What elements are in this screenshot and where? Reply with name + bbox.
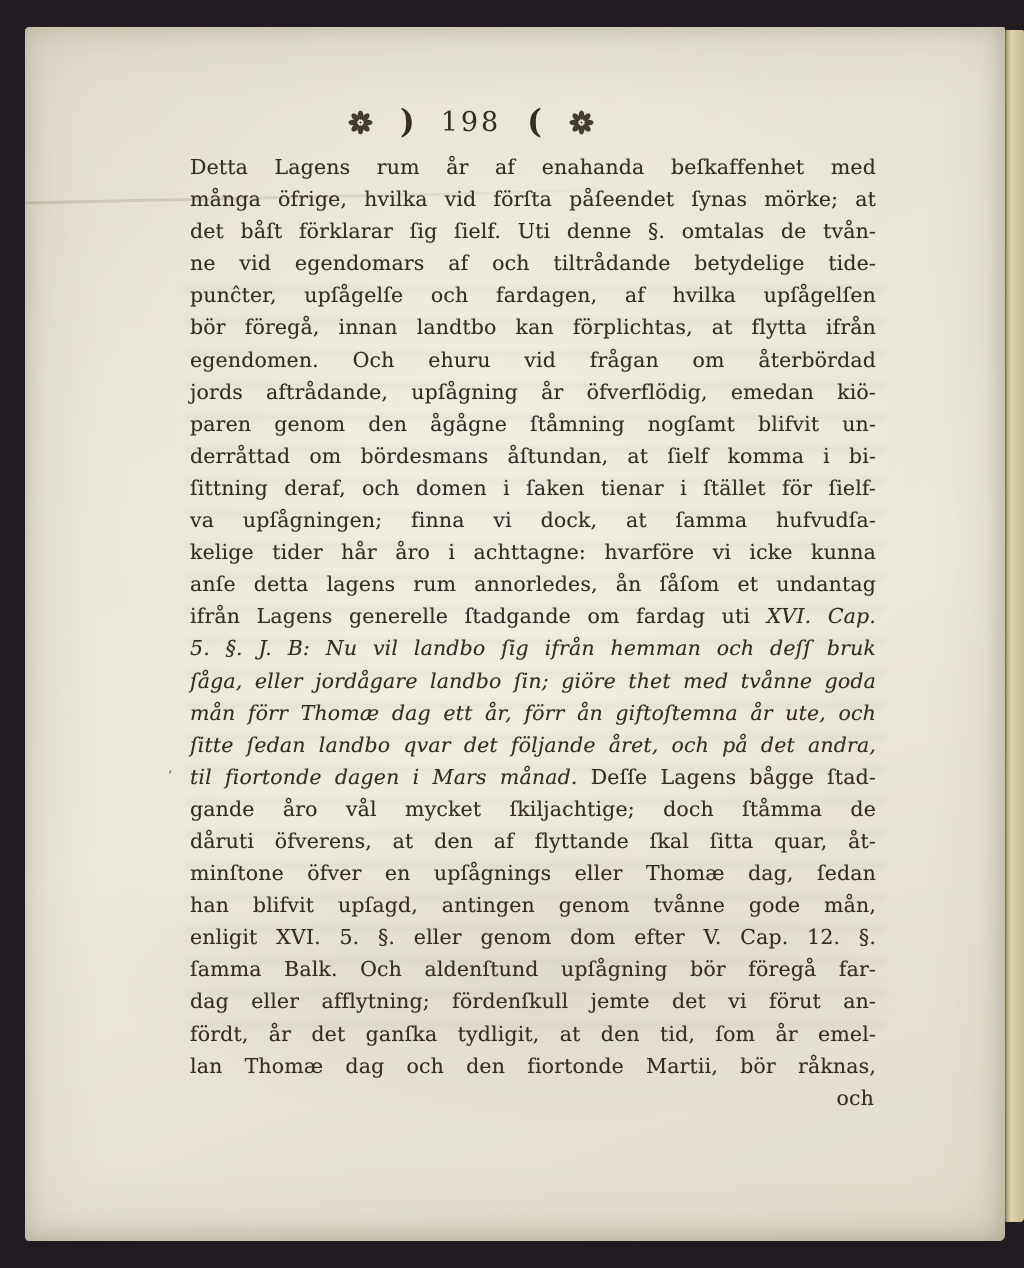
- text-line: han blifvit upſagd, antingen genom tvånn…: [190, 889, 876, 921]
- body-text: Detta Lagens rum år af enahanda beſkaffe…: [190, 151, 876, 1114]
- text-line: paren genom den ågågne ſtåmning nogſamt …: [190, 408, 876, 440]
- text-segment: jords aftrådande, upſågning år öfverflöd…: [190, 380, 876, 404]
- rosette-icon: [347, 109, 374, 136]
- text-segment: ifrån Lagens generelle ſtadgande om fard…: [190, 604, 767, 628]
- text-line: egendomen. Och ehuru vid frågan om återb…: [190, 344, 876, 376]
- text-segment: Deſſe Lagens bågge ſtad-: [591, 765, 876, 789]
- text-segment: gande åro vål mycket ſkiljachtige; doch …: [190, 797, 876, 821]
- text-line: ’til fiortonde dagen i Mars månad. Deſſe…: [190, 761, 876, 793]
- text-line: lan Thomæ dag och den fiortonde Martii, …: [190, 1050, 876, 1082]
- adjacent-page-edge: [1005, 30, 1024, 1222]
- catchword: och: [190, 1082, 876, 1114]
- text-line: dag eller afflytning; fördenſkull jemte …: [190, 985, 876, 1017]
- rosette-icon: [568, 109, 595, 136]
- book-page-paper: ) 198 (: [25, 27, 1005, 1241]
- text-segment: dag eller afflytning; fördenſkull jemte …: [190, 989, 876, 1013]
- margin-ink-mark: ’: [168, 761, 172, 793]
- text-line: derråttad om bördesmans åſtundan, at ſie…: [190, 440, 876, 472]
- text-segment: lan Thomæ dag och den fiortonde Martii, …: [190, 1054, 876, 1078]
- text-segment: minſtone öfver en upſågnings eller Thomæ…: [190, 861, 876, 885]
- text-line: enligit XVI. 5. §. eller genom dom efter…: [190, 921, 876, 953]
- text-line: ne vid egendomars af och tiltrådande bet…: [190, 247, 876, 279]
- text-line: gande åro vål mycket ſkiljachtige; doch …: [190, 793, 876, 825]
- text-segment: och: [837, 1086, 874, 1110]
- text-segment: bör föregå, innan landtbo kan förplichta…: [190, 315, 876, 339]
- text-segment: det båſt förklarar ſig ſielf. Uti denne …: [190, 219, 876, 243]
- left-parenthesis: ): [400, 106, 415, 139]
- right-parenthesis: (: [527, 106, 542, 139]
- scanned-book-page: ) 198 (: [0, 0, 1024, 1268]
- text-segment: fördt, år det ganſka tydligit, at den ti…: [190, 1022, 876, 1046]
- text-segment: ſitte ſedan landbo qvar det följande åre…: [190, 733, 876, 757]
- text-line: det båſt förklarar ſig ſielf. Uti denne …: [190, 215, 876, 247]
- text-line: dåruti öfverens, at den af flyttande ſka…: [190, 825, 876, 857]
- text-line: mån förr Thomæ dag ett år, förr ån gifto…: [190, 697, 876, 729]
- text-segment: enligit XVI. 5. §. eller genom dom efter…: [190, 925, 876, 949]
- text-segment: dåruti öfverens, at den af flyttande ſka…: [190, 829, 876, 853]
- text-segment: ſamma Balk. Och aldenſtund upſågning bör…: [190, 957, 876, 981]
- text-line: va upſågningen; finna vi dock, at ſamma …: [190, 504, 876, 536]
- text-line: minſtone öfver en upſågnings eller Thomæ…: [190, 857, 876, 889]
- text-segment: anſe detta lagens rum annorledes, ån ſåſ…: [190, 572, 876, 596]
- text-line: Detta Lagens rum år af enahanda beſkaffe…: [190, 151, 876, 183]
- text-line: ſitte ſedan landbo qvar det följande åre…: [190, 729, 876, 761]
- text-segment: mån förr Thomæ dag ett år, förr ån gifto…: [190, 701, 876, 725]
- text-segment: ne vid egendomars af och tiltrådande bet…: [190, 251, 876, 275]
- text-segment: 5. §. J. B: Nu vil landbo ſig ifrån hemm…: [190, 636, 876, 660]
- text-segment: Detta Lagens rum år af enahanda beſkaffe…: [190, 155, 876, 179]
- text-line: ſittning deraf, och domen i ſaken tienar…: [190, 472, 876, 504]
- text-segment: egendomen. Och ehuru vid frågan om återb…: [190, 348, 876, 372]
- text-line: ifrån Lagens generelle ſtadgande om fard…: [190, 600, 876, 632]
- page-header: ) 198 (: [347, 101, 595, 143]
- text-segment: til fiortonde dagen i Mars månad.: [190, 765, 591, 789]
- text-line: jords aftrådande, upſågning år öfverflöd…: [190, 376, 876, 408]
- text-line: ſåga, eller jordågare landbo ſin; giöre …: [190, 665, 876, 697]
- text-line: punĉter, upſågelſe och fardagen, af hvil…: [190, 279, 876, 311]
- text-line: ſamma Balk. Och aldenſtund upſågning bör…: [190, 953, 876, 985]
- text-segment: ſåga, eller jordågare landbo ſin; giöre …: [190, 669, 876, 693]
- page-number: 198: [441, 109, 502, 136]
- text-segment: punĉter, upſågelſe och fardagen, af hvil…: [190, 283, 876, 307]
- text-segment: derråttad om bördesmans åſtundan, at ſie…: [190, 444, 876, 468]
- text-segment: paren genom den ågågne ſtåmning nogſamt …: [190, 412, 876, 436]
- text-line: bör föregå, innan landtbo kan förplichta…: [190, 311, 876, 343]
- text-line: många öfrige, hvilka vid förſta påſeende…: [190, 183, 876, 215]
- text-segment: han blifvit upſagd, antingen genom tvånn…: [190, 893, 876, 917]
- text-line: 5. §. J. B: Nu vil landbo ſig ifrån hemm…: [190, 632, 876, 664]
- text-segment: många öfrige, hvilka vid förſta påſeende…: [190, 187, 876, 211]
- text-segment: ſittning deraf, och domen i ſaken tienar…: [190, 476, 876, 500]
- text-line: anſe detta lagens rum annorledes, ån ſåſ…: [190, 568, 876, 600]
- text-segment: va upſågningen; finna vi dock, at ſamma …: [190, 508, 876, 532]
- text-line: kelige tider hår åro i achttagne: hvarfö…: [190, 536, 876, 568]
- text-line: fördt, år det ganſka tydligit, at den ti…: [190, 1018, 876, 1050]
- text-segment: XVI. Cap.: [767, 604, 876, 628]
- text-segment: kelige tider hår åro i achttagne: hvarfö…: [190, 540, 876, 564]
